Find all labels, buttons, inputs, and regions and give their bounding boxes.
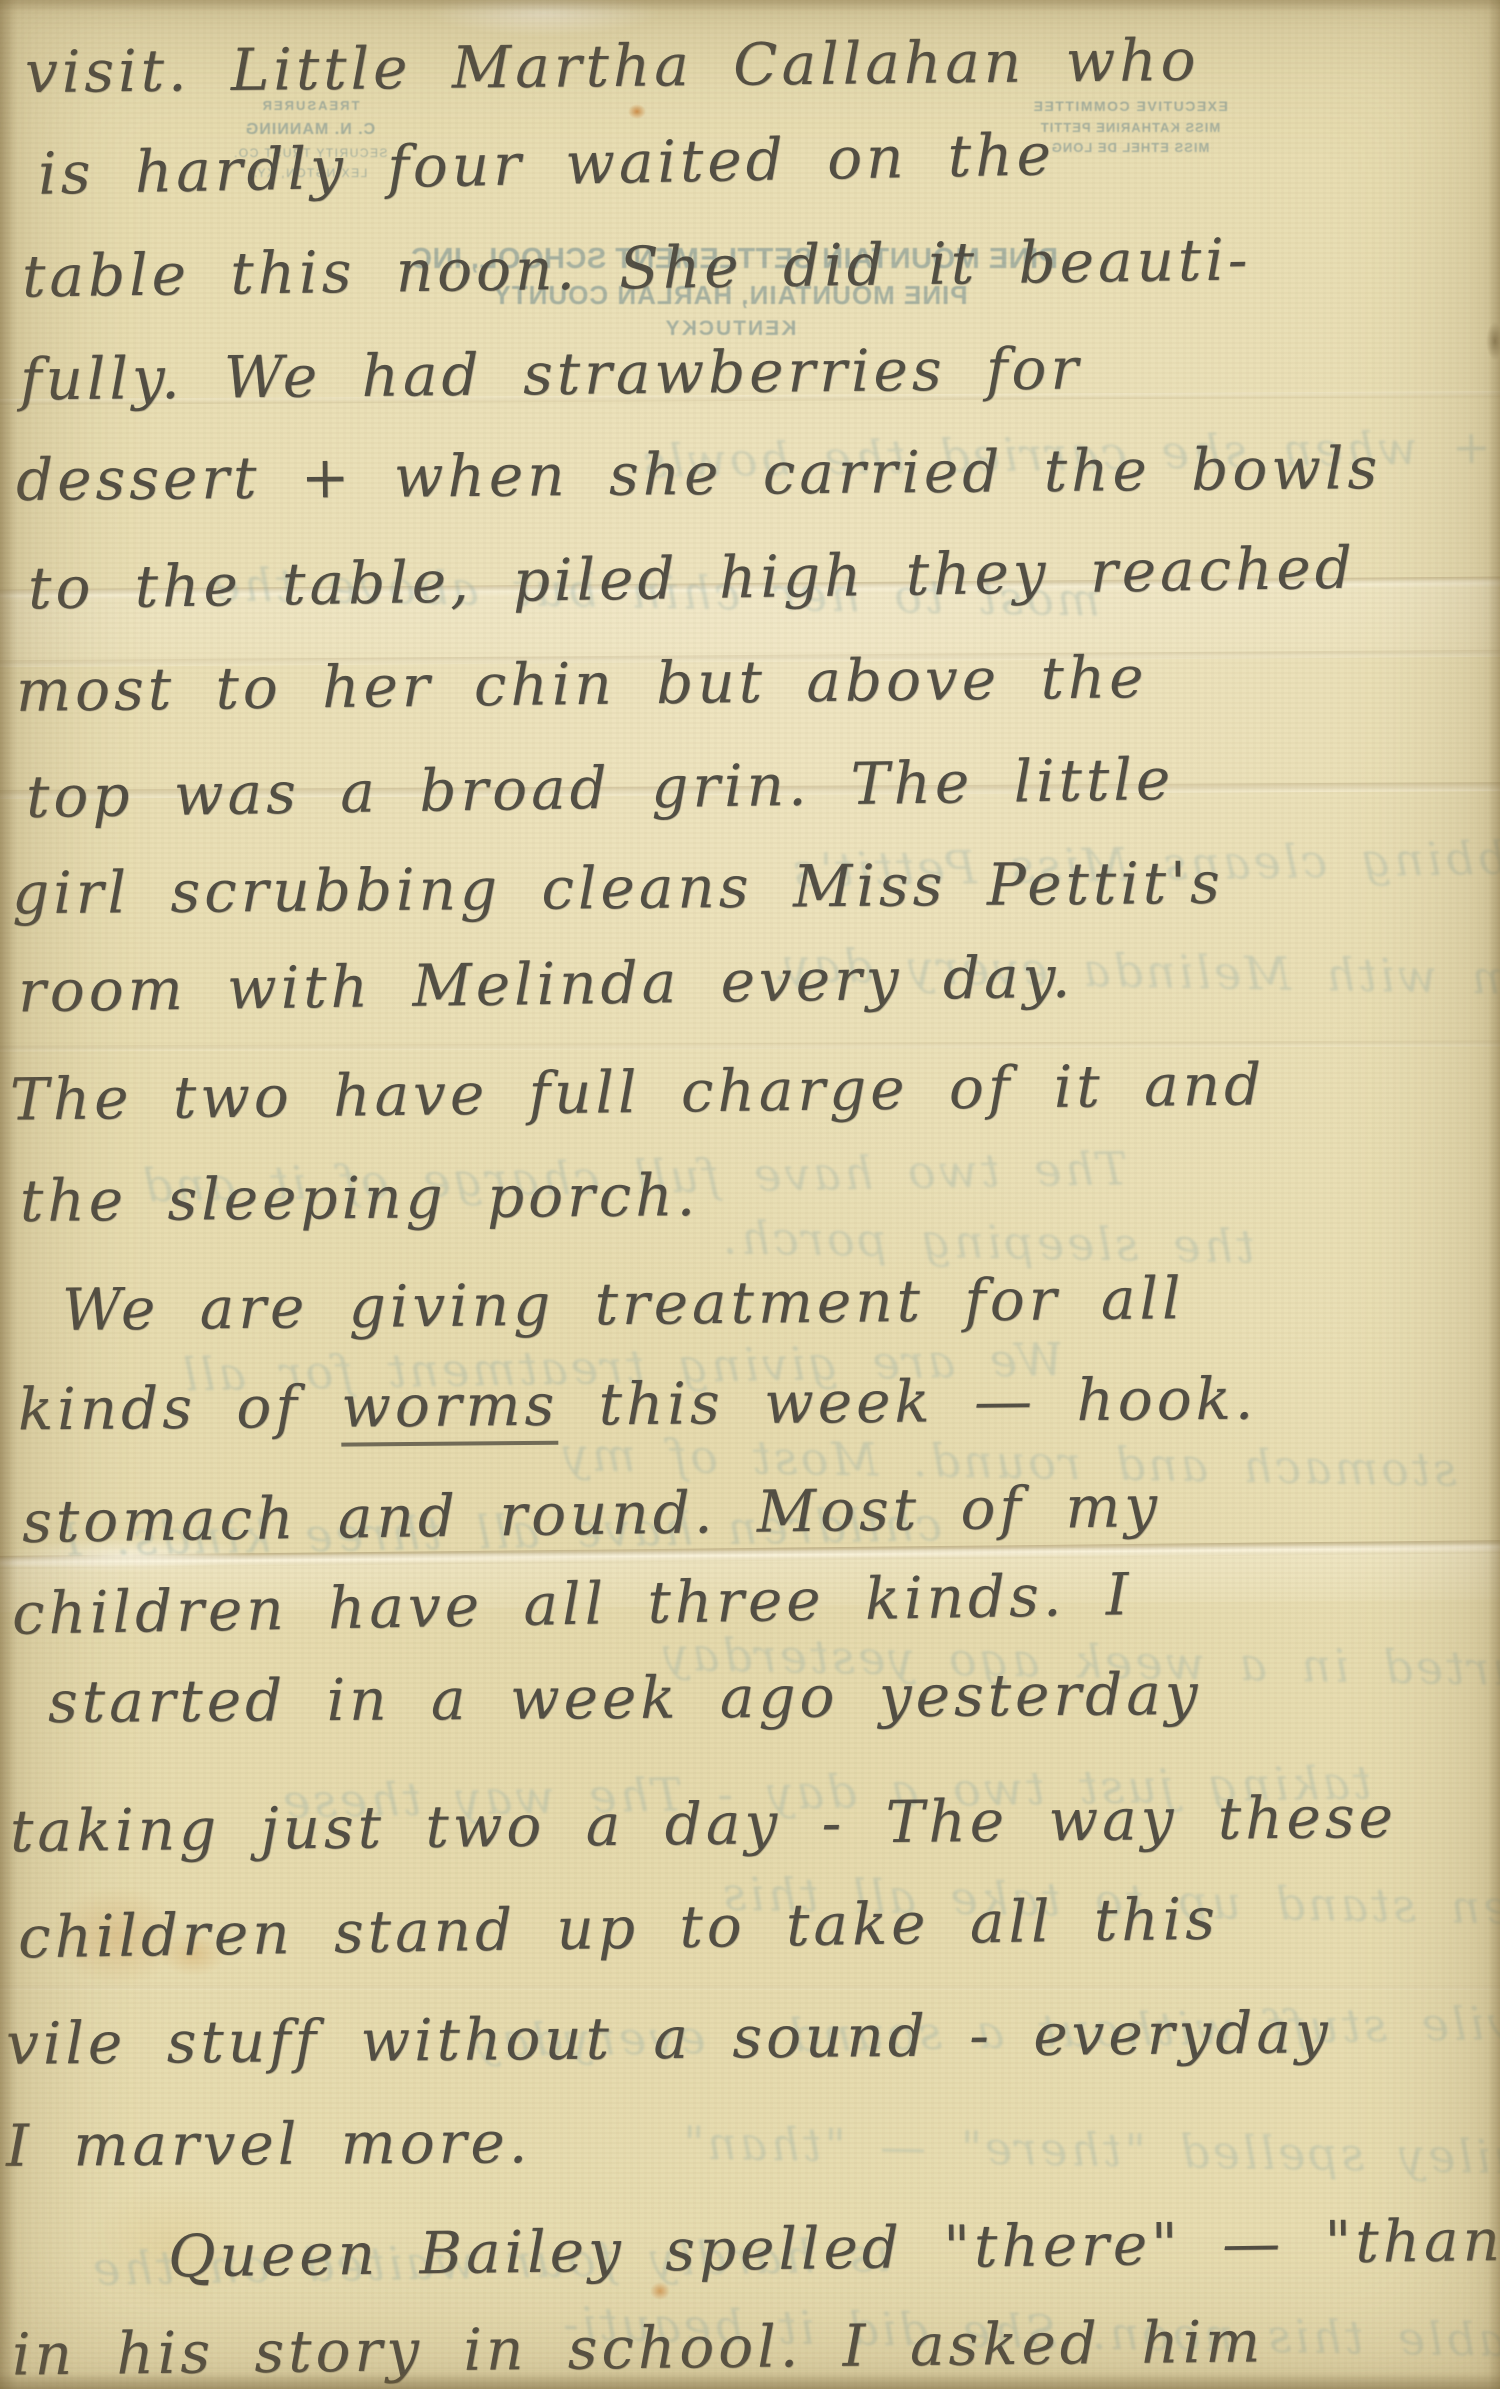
handwriting-line: table this noon. She did it beauti-: [22, 223, 1252, 313]
handwriting-line: stomach and round. Most of my: [22, 1470, 1162, 1558]
fold-crease: [0, 1985, 1500, 1990]
handwriting-line: started in a week ago yesterday: [48, 1658, 1202, 1739]
handwriting-line: The two have full charge of it and: [10, 1048, 1266, 1136]
fold-crease: [0, 1040, 1500, 1051]
paper-tear-right: [1486, 322, 1500, 360]
handwriting-line: children stand up to take all this: [18, 1883, 1220, 1974]
handwriting-line: Queen Bailey spelled "there" — "than": [168, 2204, 1500, 2293]
show-through-text: Queen Bailey spelled "there" — "than": [680, 2116, 1500, 2189]
handwriting-line: I marvel more.: [6, 2106, 532, 2182]
paper-edge: [0, 0, 1500, 12]
handwriting-underlined-word: worms: [341, 1376, 559, 1447]
handwriting-line: fully. We had strawberries for: [20, 332, 1083, 416]
handwriting-line: room with Melinda every day.: [18, 941, 1075, 1028]
letter-page: TREASURER C. N. MANNING SECURITY TRUST C…: [0, 0, 1500, 2389]
handwriting-line: in his story in school. I asked him: [12, 2305, 1265, 2389]
handwriting-line: most to her chin but above the: [16, 641, 1148, 727]
handwriting-line: dessert + when she carried the bowls: [16, 432, 1382, 516]
handwriting-line: the sleeping porch.: [20, 1159, 700, 1237]
handwriting-line: visit. Little Martha Callahan who: [25, 24, 1200, 109]
handwriting-line: is hardly four waited on the: [37, 118, 1055, 210]
handwriting-line: children have all three kinds. I: [11, 1558, 1133, 1650]
letterhead-committee-title: EXECUTIVE COMMITTEE: [960, 98, 1300, 114]
handwriting-segment: kinds of: [18, 1373, 342, 1444]
handwriting-line: taking just two a day - The way these: [10, 1781, 1398, 1868]
handwriting-line: We are giving treatment for all: [62, 1262, 1185, 1346]
handwriting-segment: this week — hook.: [558, 1365, 1258, 1439]
handwriting-line: vile stuff without a sound - everyday: [6, 1996, 1332, 2080]
rust-speck: [628, 104, 646, 119]
handwriting-line: kinds of worms this week — hook.: [18, 1363, 1258, 1450]
handwriting-line: to the table, piled high they reached: [28, 532, 1357, 625]
handwriting-line: girl scrubbing cleans Miss Pettit's: [12, 847, 1224, 930]
handwriting-line: top was a broad grin. The little: [26, 743, 1175, 834]
